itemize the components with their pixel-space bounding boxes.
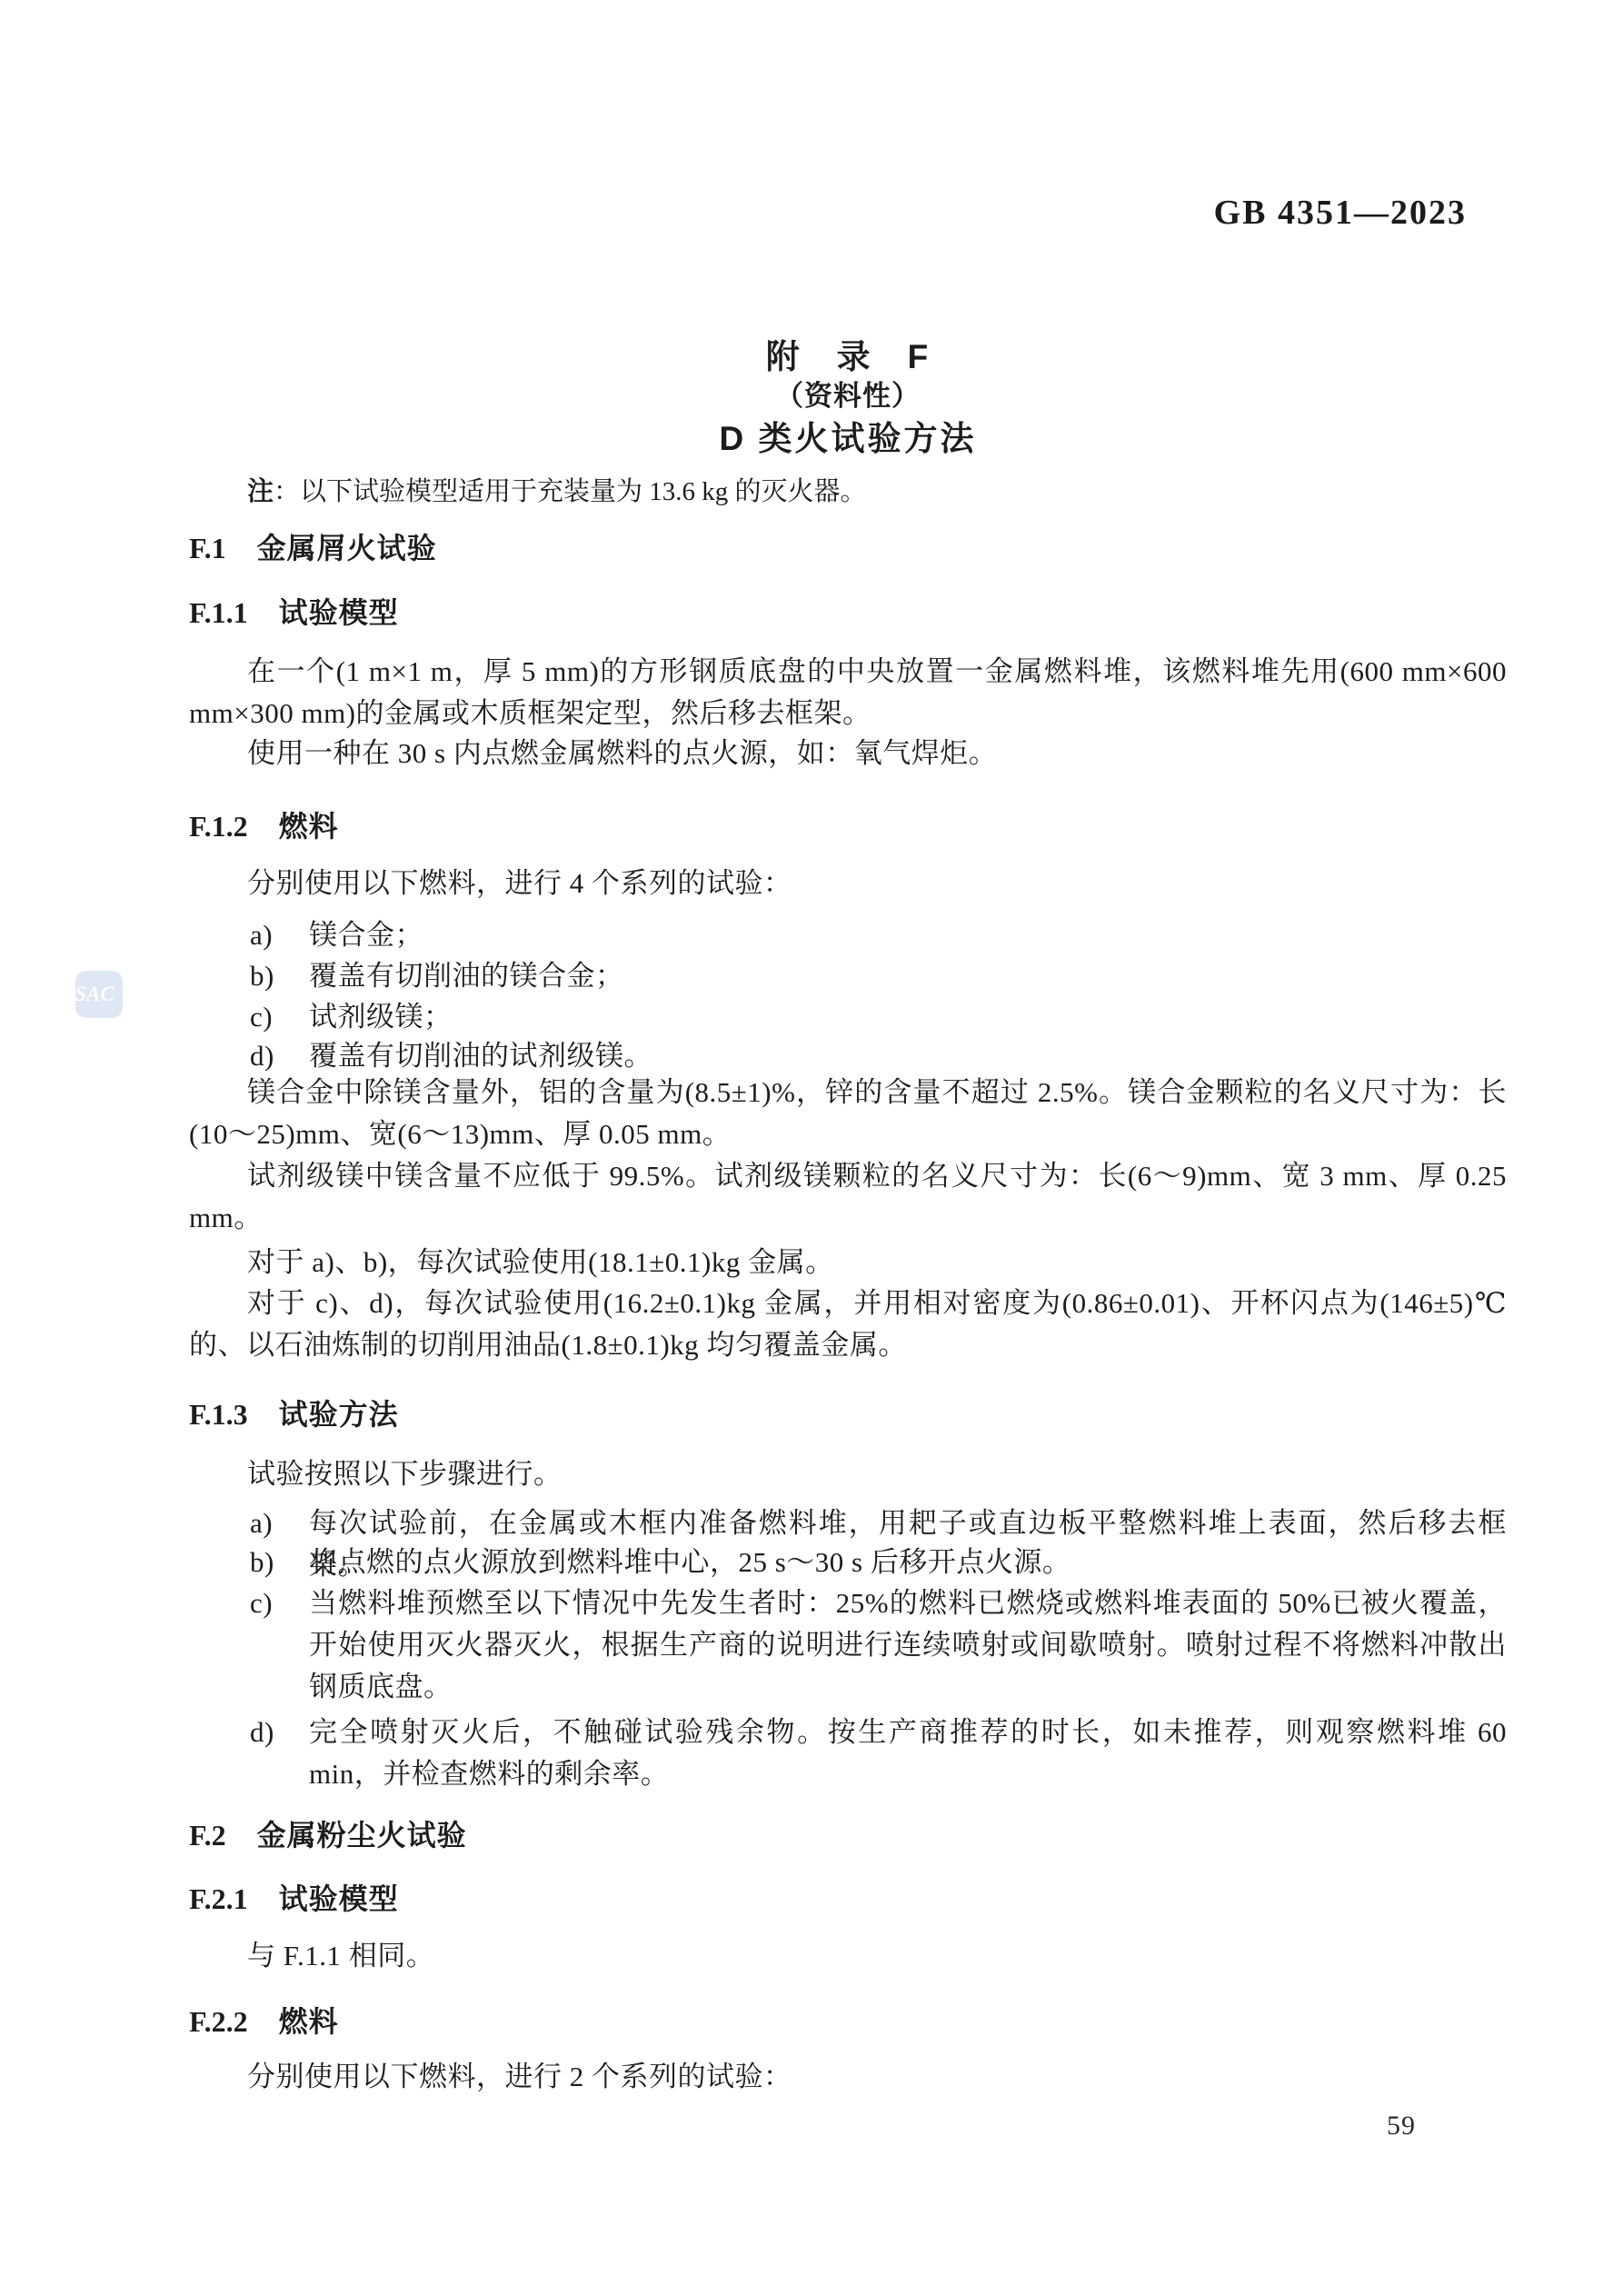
section-number: F.1.2 <box>189 808 248 844</box>
paragraph-f12-2: 试剂级镁中镁含量不应低于 99.5%。试剂级镁颗粒的名义尺寸为：长(6～9)mm… <box>189 1155 1507 1239</box>
list-item-label: a) <box>250 914 309 956</box>
list-item-text: 完全喷射灭火后，不触碰试验残余物。按生产商推荐的时长，如未推荐，则观察燃料堆 6… <box>309 1712 1507 1795</box>
section-title: 燃料 <box>279 808 339 844</box>
list-item-label: d) <box>250 1712 309 1753</box>
list-item: a) 镁合金； <box>250 914 1507 956</box>
appendix-title: 附 录 F <box>189 329 1507 378</box>
list-item-text: 将点燃的点火源放到燃料堆中心，25 s～30 s 后移开点火源。 <box>309 1542 1507 1583</box>
section-heading-f11: F.1.1 试验模型 <box>189 594 1507 631</box>
note-line: 注：以下试验模型适用于充装量为 13.6 kg 的灭火器。 <box>189 473 1507 511</box>
page-number: 59 <box>1387 2111 1416 2141</box>
section-heading-f22: F.2.2 燃料 <box>189 2003 1507 2040</box>
section-title: 试验模型 <box>279 1881 399 1917</box>
list-item: d) 完全喷射灭火后，不触碰试验残余物。按生产商推荐的时长，如未推荐，则观察燃料… <box>250 1712 1507 1795</box>
list-item-label: b) <box>250 1542 309 1583</box>
list-item-label: c) <box>250 1582 309 1624</box>
list-item-text: 当燃料堆预燃至以下情况中先发生者时：25%的燃料已燃烧或燃料堆表面的 50%已被… <box>309 1582 1507 1708</box>
note-label: 注 <box>247 477 274 506</box>
section-heading-f21: F.2.1 试验模型 <box>189 1881 1507 1917</box>
appendix-subtitle: （资料性） <box>189 373 1507 414</box>
paragraph-f11-1: 在一个(1 m×1 m，厚 5 mm)的方形钢质底盘的中央放置一金属燃料堆，该燃… <box>189 651 1507 734</box>
list-item-label: a) <box>250 1502 309 1544</box>
section-title: 金属屑火试验 <box>257 530 437 566</box>
list-item-label: b) <box>250 955 309 997</box>
sac-watermark-logo: SAC <box>75 971 123 1018</box>
note-text: ：以下试验模型适用于充装量为 13.6 kg 的灭火器。 <box>274 477 867 506</box>
section-title: 试验方法 <box>279 1396 399 1433</box>
standard-number-header: GB 4351—2023 <box>189 193 1507 233</box>
section-title: 试验模型 <box>279 594 399 631</box>
section-heading-f12: F.1.2 燃料 <box>189 808 1507 844</box>
list-item-text: 镁合金； <box>309 914 1507 956</box>
section-number: F.1.1 <box>189 594 248 631</box>
section-number: F.2.1 <box>189 1881 248 1917</box>
list-item-text: 覆盖有切削油的镁合金； <box>309 955 1507 997</box>
paragraph-f12-3: 对于 a)、b)，每次试验使用(18.1±0.1)kg 金属。 <box>189 1242 1507 1283</box>
paragraph-f12-1: 镁合金中除镁含量外，铝的含量为(8.5±1)%，锌的含量不超过 2.5%。镁合金… <box>189 1072 1507 1155</box>
list-item: c) 试剂级镁； <box>250 996 1507 1038</box>
paragraph-f11-2: 使用一种在 30 s 内点燃金属燃料的点火源，如：氧气焊炬。 <box>189 733 1507 774</box>
paragraph-f12-intro: 分别使用以下燃料，进行 4 个系列的试验： <box>189 863 1507 904</box>
paragraph-f22-intro: 分别使用以下燃料，进行 2 个系列的试验： <box>189 2056 1507 2098</box>
paragraph-f21-1: 与 F.1.1 相同。 <box>189 1935 1507 1977</box>
section-heading-f1: F.1 金属屑火试验 <box>189 530 1507 566</box>
sac-watermark-text: SAC <box>75 983 114 1006</box>
list-item: b) 覆盖有切削油的镁合金； <box>250 955 1507 997</box>
list-item: b) 将点燃的点火源放到燃料堆中心，25 s～30 s 后移开点火源。 <box>250 1542 1507 1583</box>
paragraph-f12-4: 对于 c)、d)，每次试验使用(16.2±0.1)kg 金属，并用相对密度为(0… <box>189 1283 1507 1366</box>
document-page: SAC GB 4351—2023 附 录 F （资料性） D 类火试验方法 注：… <box>0 0 1623 2296</box>
section-number: F.1.3 <box>189 1396 248 1433</box>
section-heading-f2: F.2 金属粉尘火试验 <box>189 1817 1507 1853</box>
list-item: c) 当燃料堆预燃至以下情况中先发生者时：25%的燃料已燃烧或燃料堆表面的 50… <box>250 1582 1507 1708</box>
section-heading-f13: F.1.3 试验方法 <box>189 1396 1507 1433</box>
paragraph-f13-intro: 试验按照以下步骤进行。 <box>189 1453 1507 1495</box>
list-item-label: c) <box>250 996 309 1038</box>
appendix-heading: D 类火试验方法 <box>189 411 1507 460</box>
section-number: F.2 <box>189 1817 226 1853</box>
section-title: 金属粉尘火试验 <box>257 1817 467 1853</box>
list-item-text: 试剂级镁； <box>309 996 1507 1038</box>
section-title: 燃料 <box>279 2003 339 2040</box>
section-number: F.1 <box>189 530 226 566</box>
section-number: F.2.2 <box>189 2003 248 2040</box>
